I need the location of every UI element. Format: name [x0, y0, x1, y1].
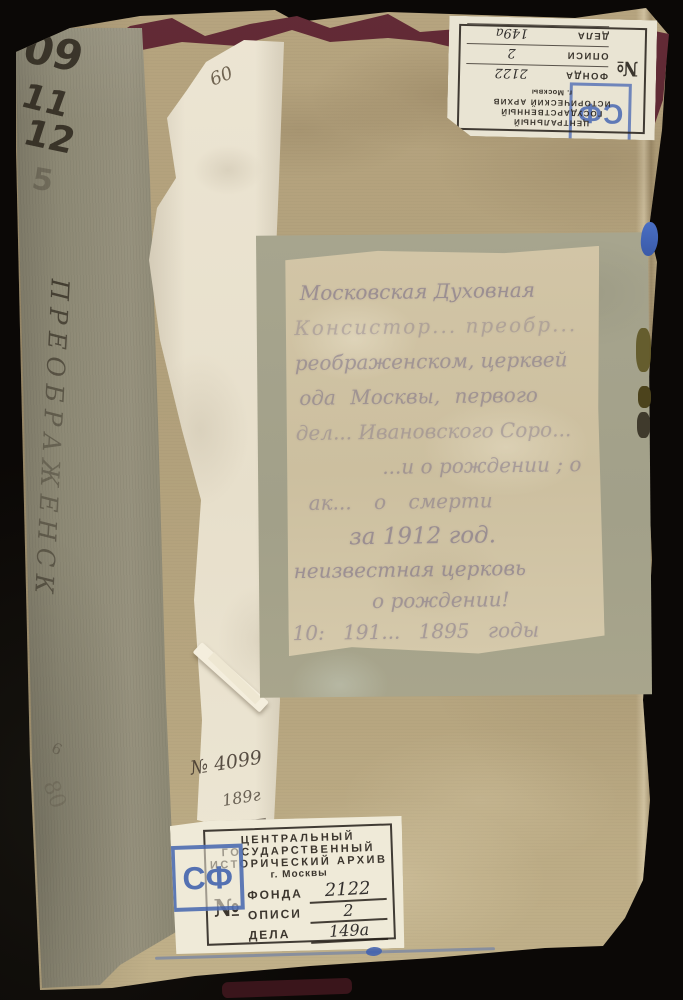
number-sign: №: [608, 26, 639, 87]
spine-faint-mark: 80: [37, 777, 70, 812]
stamp-row-opis: ОПИСИ 2: [466, 43, 608, 66]
archive-stamp-label-bottom: ЦЕНТРАЛЬНЫЙ ГОСУДАРСТВЕННЫЙ ИСТОРИЧЕСКИЙ…: [170, 814, 407, 956]
stamp-fields: № ФОНДА 2122 ОПИСИ 2 ДЕЛА 149а: [460, 23, 645, 87]
spine-number-faint: 5: [30, 164, 56, 197]
title-line: Консистор... преобр...: [294, 307, 592, 346]
archive-stamp-label-top: СФ ЦЕНТРАЛЬНЫЙ ГОСУДАРСТВЕННЫЙ ИСТОРИЧЕС…: [447, 16, 658, 141]
title-line: неизвестная церковь: [293, 552, 595, 587]
title-line: Московская Духовная: [300, 272, 592, 311]
spine-vertical-title: ПРЕОБРАЖЕНСК: [7, 277, 74, 689]
spine-faint-mark: 6: [49, 739, 65, 759]
stamp-frame: ЦЕНТРАЛЬНЫЙ ГОСУДАРСТВЕННЫЙ ИСТОРИЧЕСКИЙ…: [457, 24, 647, 134]
edge-wear-patch: [636, 328, 651, 372]
edge-wear-patch: [637, 412, 650, 438]
archival-book-photo: 09 11 12 5 ПРЕОБРАЖЕНСК 6 80 60 № 4099 1…: [0, 0, 683, 1000]
title-line: ак... о смерти: [308, 482, 594, 521]
handwritten-title-label: Московская Духовная Консистор... преобр.…: [283, 246, 605, 656]
stamp-row-delo: ДЕЛА 149а: [467, 23, 609, 46]
sf-stamp: СФ: [171, 844, 245, 912]
book-block-edge: [222, 978, 352, 999]
edge-wear-patch: [638, 386, 651, 408]
title-line: за 1912 год.: [349, 517, 595, 555]
title-line: ода Москвы, первого: [299, 377, 593, 416]
archive-name: ЦЕНТРАЛЬНЫЙ ГОСУДАРСТВЕННЫЙ ИСТОРИЧЕСКИЙ…: [459, 85, 644, 132]
title-line: дел... Ивановского Соро...: [295, 412, 593, 451]
title-line: ...и о рождении ; о: [382, 447, 594, 485]
stamp-row-fond: ФОНДА 2122: [466, 63, 608, 86]
title-line: реображенском, церквей: [295, 342, 593, 381]
title-line: о рождении!: [372, 583, 596, 617]
spine-number: 12: [19, 116, 79, 161]
spine-number: 09: [19, 28, 88, 79]
